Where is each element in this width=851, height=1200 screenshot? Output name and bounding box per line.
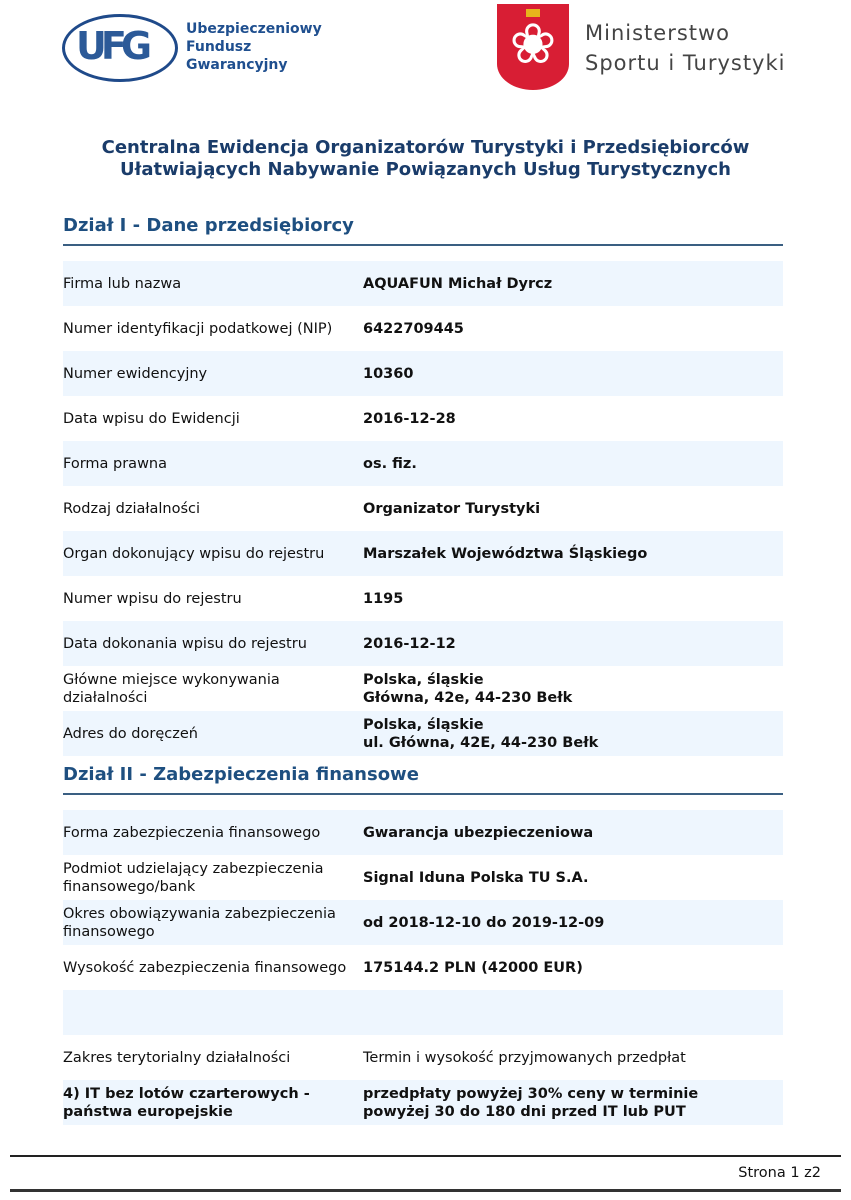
section-1-heading: Dział I - Dane przedsiębiorcy (63, 215, 354, 237)
table-row: Firma lub nazwa AQUAFUN Michał Dyrcz (63, 261, 783, 306)
section-2-divider (63, 793, 783, 795)
scope-header-row: Zakres terytorialny działalności Termin … (63, 1035, 783, 1080)
page-number: Strona 1 z2 (738, 1165, 821, 1181)
table-row: Numer wpisu do rejestru 1195 (63, 576, 783, 621)
footer-divider-bottom (10, 1189, 841, 1192)
table-row: Forma zabezpieczenia finansowego Gwaranc… (63, 810, 783, 855)
ufg-letters: UFG (76, 26, 146, 66)
ufg-name: Ubezpieczeniowy Fundusz Gwarancyjny (186, 20, 322, 74)
table-row: Rodzaj działalności Organizator Turystyk… (63, 486, 783, 531)
table-row: Data wpisu do Ewidencji 2016-12-28 (63, 396, 783, 441)
section-2-heading: Dział II - Zabezpieczenia finansowe (63, 764, 419, 786)
scope-row: 4) IT bez lotów czarterowych - państwa e… (63, 1080, 783, 1125)
table-row: Okres obowiązywania zabezpieczenia finan… (63, 900, 783, 945)
table-row: Numer ewidencyjny 10360 (63, 351, 783, 396)
ministry-name: Ministerstwo Sportu i Turystyki (585, 18, 785, 78)
table-row: Organ dokonujący wpisu do rejestru Marsz… (63, 531, 783, 576)
eagle-icon: ❀ (497, 10, 569, 80)
polish-eagle-emblem-icon: ❀ (497, 4, 569, 90)
section-1-table: Firma lub nazwa AQUAFUN Michał Dyrcz Num… (63, 261, 783, 756)
empty-row (63, 990, 783, 1035)
table-row: Podmiot udzielający zabezpieczenia finan… (63, 855, 783, 900)
table-row: Adres do doręczeń Polska, śląskie ul. Gł… (63, 711, 783, 756)
section-2-table: Forma zabezpieczenia finansowego Gwaranc… (63, 810, 783, 1125)
table-row: Wysokość zabezpieczenia finansowego 1751… (63, 945, 783, 990)
document-title: Centralna Ewidencja Organizatorów Turyst… (0, 137, 851, 181)
table-row: Numer identyfikacji podatkowej (NIP) 642… (63, 306, 783, 351)
table-row: Główne miejsce wykonywania działalności … (63, 666, 783, 711)
ufg-logo: UFG Ubezpieczeniowy Fundusz Gwarancyjny (62, 10, 322, 85)
footer-divider-top (10, 1155, 841, 1157)
table-row: Data dokonania wpisu do rejestru 2016-12… (63, 621, 783, 666)
table-row: Forma prawna os. fiz. (63, 441, 783, 486)
header-logos: UFG Ubezpieczeniowy Fundusz Gwarancyjny … (0, 0, 851, 100)
ministry-logo: ❀ Ministerstwo Sportu i Turystyki (497, 4, 797, 94)
section-1-divider (63, 244, 783, 246)
